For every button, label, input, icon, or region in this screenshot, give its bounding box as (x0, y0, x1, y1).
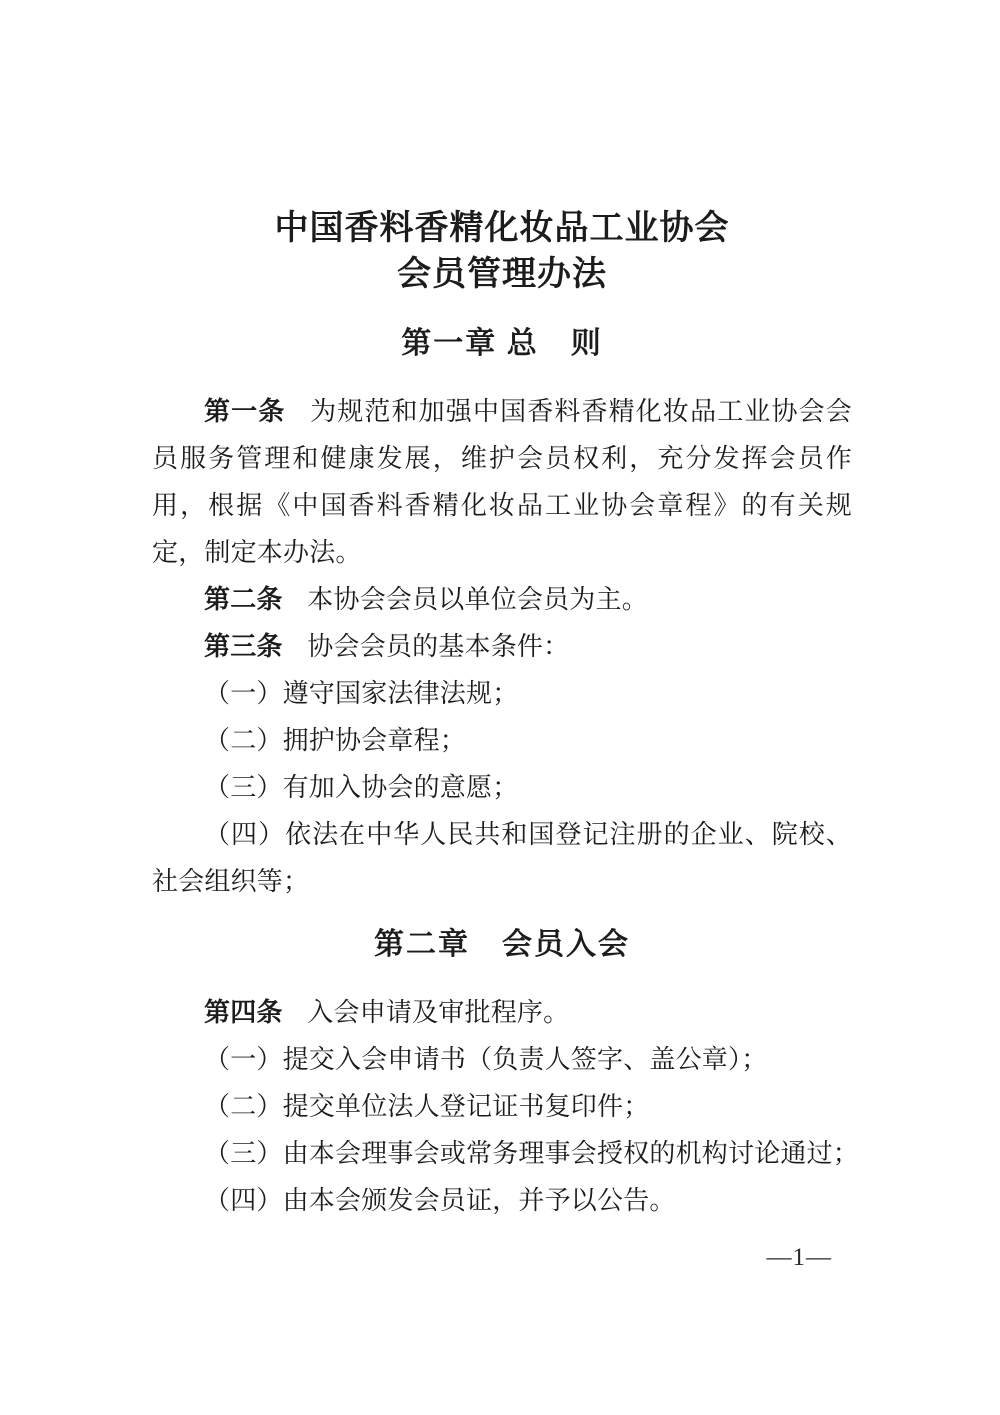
article4-label: 第四条 (204, 998, 283, 1027)
chapter2-heading: 第二章 会员入会 (152, 925, 852, 965)
chapter1-heading: 第一章 总 则 (152, 324, 852, 364)
article1-paragraph: 第一条为规范和加强中国香料香精化妆品工业协会会员服务管理和健康发展，维护会员权利… (152, 388, 852, 576)
chapter2-item-2: （二）提交单位法人登记证书复印件； (152, 1083, 852, 1130)
chapter2-item-4: （四）由本会颁发会员证，并予以公告。 (152, 1177, 852, 1224)
chapter1-item-2: （二）拥护协会章程； (152, 717, 852, 764)
chapter1-item-1: （一）遵守国家法律法规； (152, 670, 852, 717)
chapter1-item-3: （三）有加入协会的意愿； (152, 764, 852, 811)
document-content: 中国香料香精化妆品工业协会 会员管理办法 第一章 总 则 第一条为规范和加强中国… (0, 0, 1000, 1224)
article2-label: 第二条 (204, 585, 283, 614)
chapter2-item-3: （三）由本会理事会或常务理事会授权的机构讨论通过； (152, 1130, 852, 1177)
chapter1-item-4: （四）依法在中华人民共和国登记注册的企业、院校、社会组织等； (152, 811, 852, 905)
document-page: 中国香料香精化妆品工业协会 会员管理办法 第一章 总 则 第一条为规范和加强中国… (0, 0, 1000, 1415)
document-title-line1: 中国香料香精化妆品工业协会 (152, 0, 852, 252)
article3-text: 协会会员的基本条件： (307, 632, 569, 661)
chapter2-item-1: （一）提交入会申请书（负责人签字、盖公章）； (152, 1036, 852, 1083)
article4-paragraph: 第四条入会申请及审批程序。 (152, 989, 852, 1036)
article1-label: 第一条 (204, 397, 285, 426)
article4-text: 入会申请及审批程序。 (307, 998, 569, 1027)
article2-paragraph: 第二条本协会会员以单位会员为主。 (152, 576, 852, 623)
article3-paragraph: 第三条协会会员的基本条件： (152, 623, 852, 670)
page-number: —1— (767, 1243, 833, 1273)
article3-label: 第三条 (204, 632, 283, 661)
article2-text: 本协会会员以单位会员为主。 (307, 585, 648, 614)
document-title-line2: 会员管理办法 (152, 252, 852, 298)
